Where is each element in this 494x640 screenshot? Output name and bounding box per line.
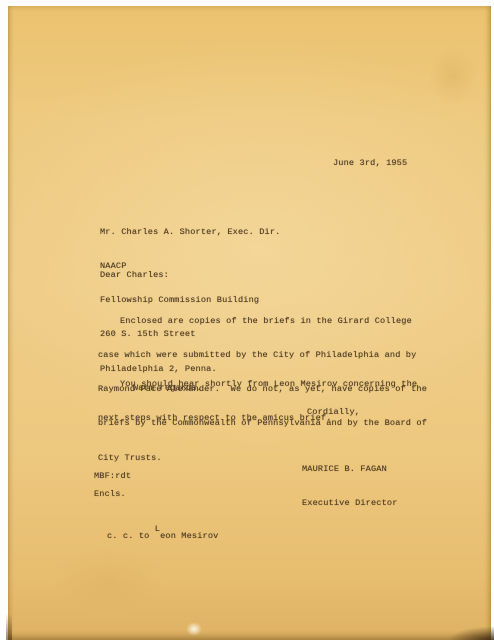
cc-rest: eon Mesirov: [160, 531, 218, 541]
signature-name: MAURICE B. FAGAN: [302, 464, 398, 475]
address-line: Mr. Charles A. Shorter, Exec. Dir.: [100, 227, 280, 238]
paper-edge-shadow: [6, 614, 12, 640]
scanned-letter: June 3rd, 1955 Mr. Charles A. Shorter, E…: [0, 0, 494, 640]
body-line: next steps with respect to the amicus br…: [98, 413, 417, 424]
letter-date: June 3rd, 1955: [333, 158, 407, 169]
cc-raised-letter: L: [155, 524, 160, 534]
cc-prefix: c. c. to: [107, 531, 155, 541]
signature-block: MAURICE B. FAGAN Executive Director: [302, 441, 398, 532]
typist-initials: MBF:rdt: [94, 471, 131, 482]
body-line: Enclosed are copies of the briefs in the…: [98, 316, 427, 327]
salutation: Dear Charles:: [100, 270, 169, 281]
closing-cordially: Cordially,: [307, 407, 360, 418]
body-paragraph-2: You should hear shortly from Leon Mesiro…: [98, 356, 417, 447]
signature-title: Executive Director: [302, 498, 398, 509]
cc-line: c. c. to Leon Mesirov: [107, 527, 218, 542]
paper-stain: [48, 546, 168, 616]
paper-speck: [186, 622, 202, 636]
paper-stain: [428, 46, 478, 106]
closing-regards: Warm regards.: [133, 383, 202, 394]
enclosure-note: Encls.: [94, 489, 126, 500]
paper-corner-shadow: [448, 626, 494, 640]
